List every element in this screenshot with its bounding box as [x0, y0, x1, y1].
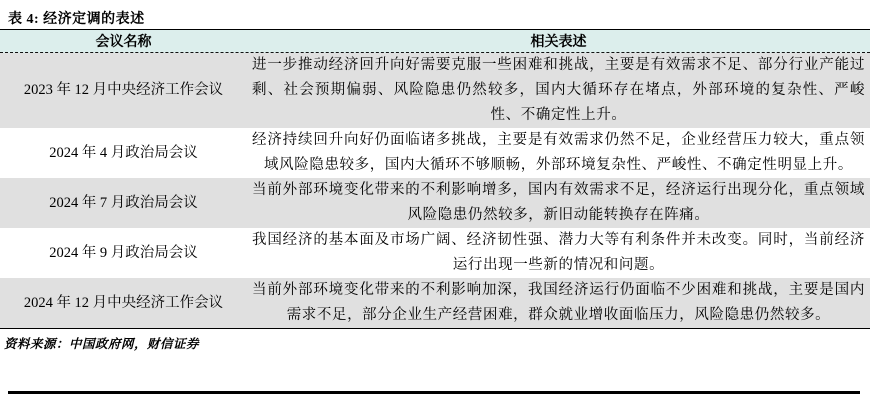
table-row: 2024 年 4 月政治局会议 经济持续回升向好仍面临诸多挑战，主要是有效需求仍…: [0, 128, 870, 178]
table-body: 2023 年 12 月中央经济工作会议 进一步推动经济回升向好需要克服一些困难和…: [0, 53, 870, 329]
meeting-name-cell: 2023 年 12 月中央经济工作会议: [0, 53, 247, 128]
statement-cell: 进一步推动经济回升向好需要克服一些困难和挑战，主要是有效需求不足、部分行业产能过…: [247, 53, 870, 128]
table-row: 2024 年 12 月中央经济工作会议 当前外部环境变化带来的不利影响加深，我国…: [0, 278, 870, 328]
statement-cell: 当前外部环境变化带来的不利影响加深，我国经济运行仍面临不少困难和挑战，主要是国内…: [247, 278, 870, 328]
meetings-table: 会议名称 相关表述 2023 年 12 月中央经济工作会议 进一步推动经济回升向…: [0, 30, 870, 329]
table-row: 2023 年 12 月中央经济工作会议 进一步推动经济回升向好需要克服一些困难和…: [0, 53, 870, 128]
statement-cell: 经济持续回升向好仍面临诸多挑战，主要是有效需求仍然不足，企业经营压力较大，重点领…: [247, 128, 870, 178]
meeting-name-cell: 2024 年 4 月政治局会议: [0, 128, 247, 178]
statement-cell: 当前外部环境变化带来的不利影响增多，国内有效需求不足，经济运行出现分化，重点领域…: [247, 178, 870, 228]
source-note: 资料来源：中国政府网，财信证券: [4, 334, 870, 352]
table-row: 2024 年 9 月政治局会议 我国经济的基本面及市场广阔、经济韧性强、潜力大等…: [0, 228, 870, 278]
column-header-meeting: 会议名称: [0, 31, 247, 51]
meeting-name-cell: 2024 年 12 月中央经济工作会议: [0, 278, 247, 328]
table-title: 表 4: 经济定调的表述: [0, 0, 870, 30]
meeting-name-cell: 2024 年 7 月政治局会议: [0, 178, 247, 228]
table-header-row: 会议名称 相关表述: [0, 30, 870, 53]
column-header-statement: 相关表述: [247, 31, 870, 51]
report-table-figure: 表 4: 经济定调的表述 会议名称 相关表述 2023 年 12 月中央经济工作…: [0, 0, 870, 399]
meeting-name-cell: 2024 年 9 月政治局会议: [0, 228, 247, 278]
page-footer-rule: [8, 391, 860, 394]
table-row: 2024 年 7 月政治局会议 当前外部环境变化带来的不利影响增多，国内有效需求…: [0, 178, 870, 228]
statement-cell: 我国经济的基本面及市场广阔、经济韧性强、潜力大等有利条件并未改变。同时，当前经济…: [247, 228, 870, 278]
